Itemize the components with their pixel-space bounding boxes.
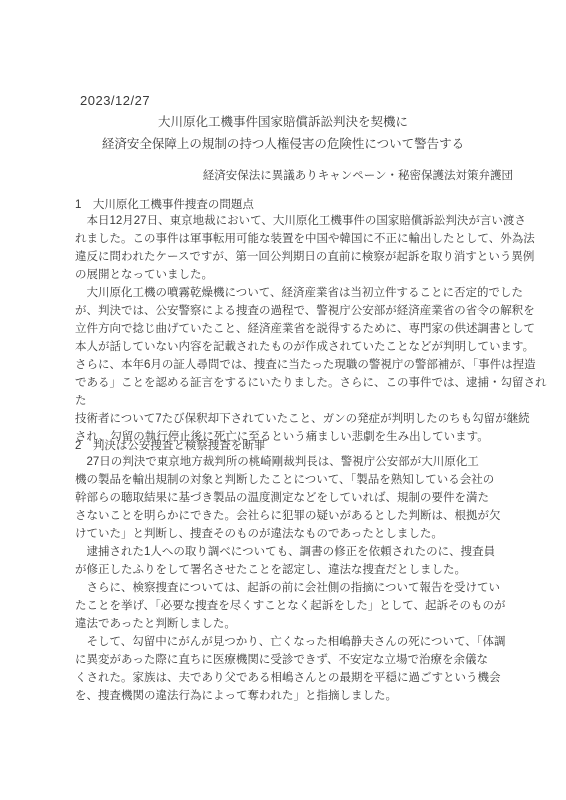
section-1-body: 本日12月27日、東京地裁において、大川原化工機事件の国家賠償訴訟判決が言い渡さ…: [75, 212, 553, 446]
section-2-body: 27日の判決で東京地方裁判所の桃崎剛裁判長は、警視庁公安部が大川原化工 機の製品…: [75, 453, 507, 705]
section-2-heading: 2 判決は公安捜査と検察捜査を断罪: [75, 437, 265, 453]
document-page: 2023/12/27 大川原化工機事件国家賠償訴訟判決を契機に 経済安全保障上の…: [0, 0, 566, 800]
paragraph: 逮捕された1人への取り調べについても、調書の修正を依頼されたのに、捜査員 が修正…: [75, 543, 507, 579]
paragraph: 大川原化工機の噴霧乾燥機について、経済産業省は当初立件することに否定的でした が…: [75, 284, 553, 446]
document-byline: 経済安保法に異議ありキャンペーン・秘密保護法対策弁護団: [0, 167, 513, 183]
document-title: 大川原化工機事件国家賠償訴訟判決を契機に 経済安全保障上の規制の持つ人権侵害の危…: [0, 111, 566, 155]
paragraph: さらに、検察捜査については、起訴の前に会社側の指摘について報告を受けてい たこと…: [75, 579, 507, 633]
paragraph: そして、勾留中にがんが見つかり、亡くなった相嶋静夫さんの死について、「体調 に異…: [75, 633, 507, 705]
document-date: 2023/12/27: [80, 93, 150, 108]
section-1-heading: 1 大川原化工機事件捜査の問題点: [75, 196, 254, 212]
paragraph: 本日12月27日、東京地裁において、大川原化工機事件の国家賠償訴訟判決が言い渡さ…: [75, 212, 553, 284]
paragraph: 27日の判決で東京地方裁判所の桃崎剛裁判長は、警視庁公安部が大川原化工 機の製品…: [75, 453, 507, 543]
